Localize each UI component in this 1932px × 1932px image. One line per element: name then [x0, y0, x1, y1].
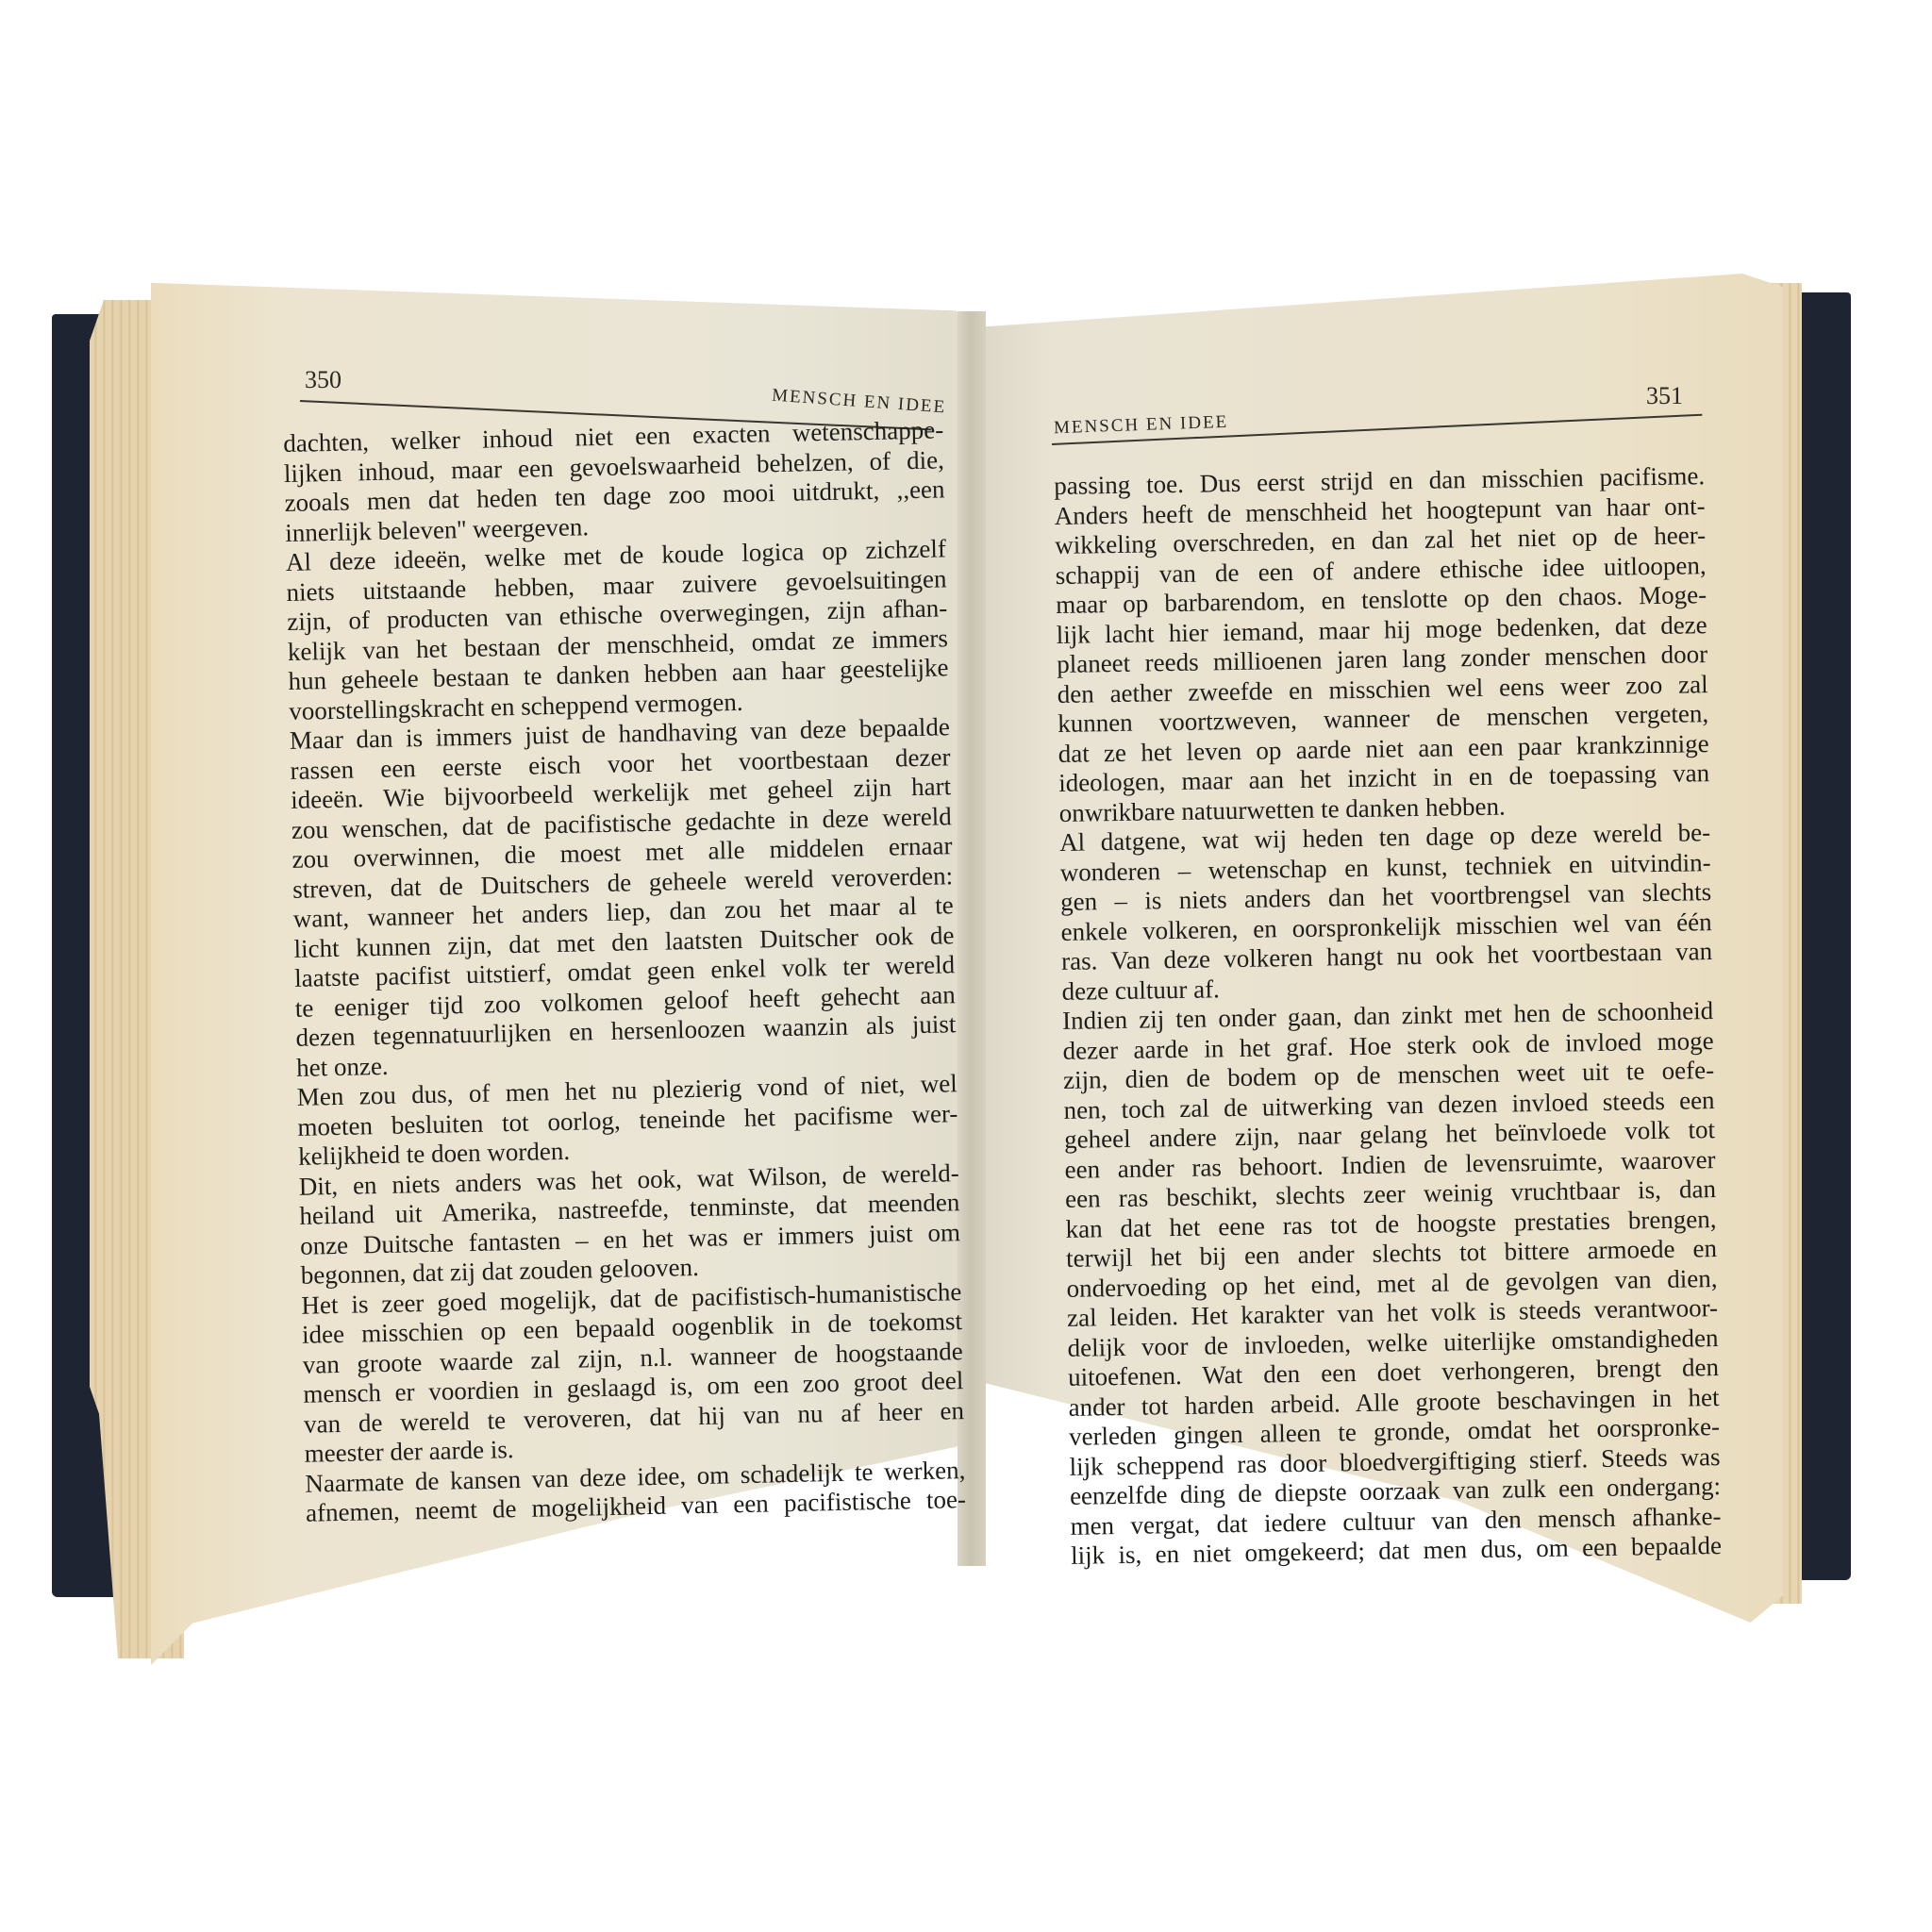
- page-number-right: 351: [1646, 382, 1683, 410]
- right-page-body: passing toe. Dus eerst strijd en dan mis…: [1054, 461, 1722, 1571]
- left-page-body: dachten, welker inhoud niet een exacten …: [283, 415, 966, 1528]
- page-number-left: 350: [305, 366, 341, 394]
